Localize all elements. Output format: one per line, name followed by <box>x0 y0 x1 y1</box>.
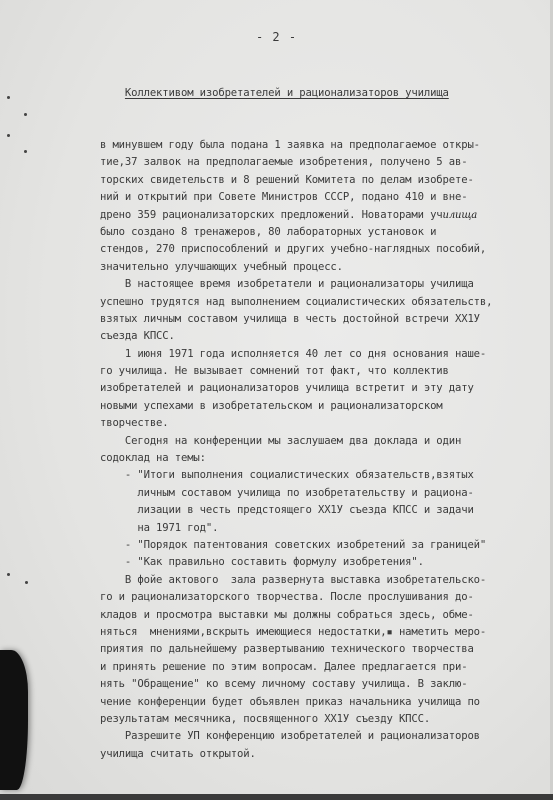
text-line: го и рационализаторского творчества. Пос… <box>100 589 550 606</box>
text-line: в минувшем году была подана 1 заявка на … <box>100 137 550 154</box>
text-line: Разрешите УП конференцию изобретателей и… <box>100 728 550 745</box>
text-line: В настоящее время изобретатели и рациона… <box>100 276 550 293</box>
text-line: тие,37 залвок на предполагаемые изобрете… <box>100 154 550 171</box>
document-body: Коллективом изобретателей и рационализат… <box>100 50 550 798</box>
text-line: стендов, 270 приспособлений и других уче… <box>100 241 550 258</box>
document-page: - 2 - Коллективом изобретателей и рацион… <box>0 0 553 800</box>
text-line: - "Как правильно составить формулу изобр… <box>100 554 550 571</box>
text-line: значительно улучшающих учебный процесс. <box>100 259 550 276</box>
text-line: Сегодня на конференции мы заслушаем два … <box>100 433 550 450</box>
text-line: ний и открытий при Совете Министров СССР… <box>100 189 550 206</box>
text-line: го училища. Не вызывает сомнений тот фак… <box>100 363 550 380</box>
text-line: кладов и просмотра выставки мы должны со… <box>100 607 550 624</box>
text-line: - "Порядок патентования советских изобре… <box>100 537 550 554</box>
text-line: на 1971 год". <box>100 520 550 537</box>
text-line: и принять решение по этим вопросам. Дале… <box>100 659 550 676</box>
binding-hole <box>7 573 10 576</box>
text-line: 1 июня 1971 года исполняется 40 лет со д… <box>100 346 550 363</box>
text-line: успешно трудятся над выполнением социали… <box>100 294 550 311</box>
body-lines: в минувшем году была подана 1 заявка на … <box>100 137 550 763</box>
binding-hole <box>25 581 28 584</box>
handwritten-correction: илища <box>443 210 477 221</box>
text-line: торских свидетельств и 8 решений Комитет… <box>100 172 550 189</box>
text-line: дрено 359 рационализаторских предложений… <box>100 207 550 224</box>
text-line: нять "Обращение" ко всему личному состав… <box>100 676 550 693</box>
heading-line: Коллективом изобретателей и рационализат… <box>100 85 550 102</box>
binding-hole <box>24 150 27 153</box>
text-line: личным составом училища по изобретательс… <box>100 485 550 502</box>
text-line: - "Итоги выполнения социалистических обя… <box>100 467 550 484</box>
text-line: изобретателей и рационализаторов училища… <box>100 380 550 397</box>
binding-hole <box>7 134 10 137</box>
text-line: приятия по дальнейшему развертыванию тех… <box>100 641 550 658</box>
section-heading: Коллективом изобретателей и рационализат… <box>125 87 449 99</box>
text-line: взятых личным составом училища в честь д… <box>100 311 550 328</box>
text-line: училища считать открытой. <box>100 746 550 763</box>
text-line: лизации в честь предстоящего ХХ1У съезда… <box>100 502 550 519</box>
text-line: было создано 8 тренажеров, 80 лабораторн… <box>100 224 550 241</box>
binding-hole <box>7 96 10 99</box>
text-line: новыми успехами в изобретательском и рац… <box>100 398 550 415</box>
text-line: содоклад на темы: <box>100 450 550 467</box>
text-line: няться мнениями,вскрыть имеющиеся недост… <box>100 624 550 641</box>
text-line: В фойе актового зала развернута выставка… <box>100 572 550 589</box>
text-line: творчестве. <box>100 415 550 432</box>
text-line: результатам месячника, посвященного ХХ1У… <box>100 711 550 728</box>
text-line: съезда КПСС. <box>100 328 550 345</box>
scan-shadow <box>0 650 28 790</box>
binding-hole <box>24 113 27 116</box>
text-line: чение конференции будет объявлен приказ … <box>100 694 550 711</box>
page-number: - 2 - <box>0 30 553 44</box>
